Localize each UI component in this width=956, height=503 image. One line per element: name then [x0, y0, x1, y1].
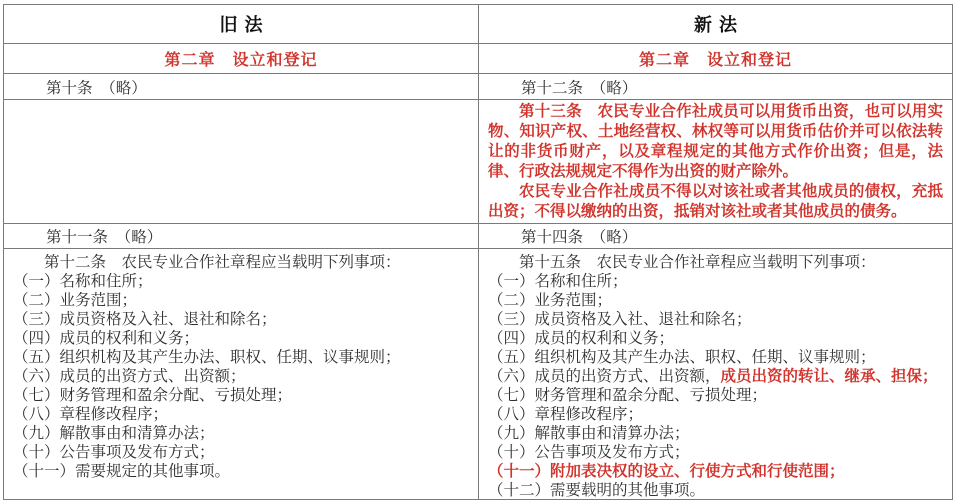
list-item: （八）章程修改程序； — [13, 405, 469, 424]
article-brief-row-2: 第十一条 （略） 第十四条 （略） — [4, 223, 952, 248]
list-item: （四）成员的权利和义务； — [13, 329, 469, 348]
text-segment: （十）公告事项及发布方式； — [488, 444, 690, 461]
text-segment: （四）成员的权利和义务； — [13, 330, 199, 347]
list-item: （七）财务管理和盈余分配、亏损处理； — [13, 386, 469, 405]
list-item: （十一）需要规定的其他事项。 — [13, 462, 469, 481]
comparison-table: 旧法 新法 第二章 设立和登记 第二章 设立和登记 第十条 （略） 第十二条 （… — [3, 4, 953, 500]
new-article-12: 第十二条 （略） — [478, 74, 952, 99]
list-item: （三）成员资格及入社、退社和除名； — [488, 310, 943, 329]
list-item: （二）业务范围； — [488, 291, 943, 310]
list-item: （十）公告事项及发布方式； — [13, 443, 469, 462]
text-segment: （八）章程修改程序； — [13, 406, 168, 423]
highlighted-text-segment: 成员出资的转让、继承、担保； — [721, 368, 938, 385]
text-segment: （一）名称和住所； — [488, 273, 628, 290]
old-empty-cell — [4, 100, 478, 223]
new-article-15-item-list: （一）名称和住所；（二）业务范围；（三）成员资格及入社、退社和除名；（四）成员的… — [488, 272, 943, 499]
list-item: （三）成员资格及入社、退社和除名； — [13, 310, 469, 329]
list-item: （一）名称和住所； — [13, 272, 469, 291]
text-segment: （二）业务范围； — [13, 292, 137, 309]
list-item: （五）组织机构及其产生办法、职权、任期、议事规则； — [13, 348, 469, 367]
list-item: （七）财务管理和盈余分配、亏损处理； — [488, 386, 943, 405]
article-13-paragraph-1: 第十三条 农民专业合作社成员可以用货币出资，也可以用实物、知识产权、土地经营权、… — [488, 102, 943, 182]
old-article-12-intro: 第十二条 农民专业合作社章程应当载明下列事项： — [13, 253, 469, 272]
new-law-chapter-heading: 第二章 设立和登记 — [478, 44, 952, 73]
text-segment: （十二）需要载明的其他事项。 — [488, 482, 705, 499]
list-item: （二）业务范围； — [13, 291, 469, 310]
new-article-15-intro: 第十五条 农民专业合作社章程应当载明下列事项： — [488, 253, 943, 272]
list-item: （九）解散事由和清算办法； — [488, 424, 943, 443]
new-article-15-charter: 第十五条 农民专业合作社章程应当载明下列事项： （一）名称和住所；（二）业务范围… — [478, 249, 952, 499]
new-law-title: 新法 — [478, 5, 952, 43]
list-item: （十）公告事项及发布方式； — [488, 443, 943, 462]
new-article-14: 第十四条 （略） — [478, 224, 952, 248]
list-item: （九）解散事由和清算办法； — [13, 424, 469, 443]
old-law-chapter-heading: 第二章 设立和登记 — [4, 44, 478, 73]
text-segment: （七）财务管理和盈余分配、亏损处理； — [13, 387, 292, 404]
text-segment: （六）成员的出资方式、出资额； — [13, 368, 246, 385]
text-segment: （三）成员资格及入社、退社和除名； — [13, 311, 277, 328]
list-item: （四）成员的权利和义务； — [488, 329, 943, 348]
list-item: （十二）需要载明的其他事项。 — [488, 481, 943, 499]
new-article-13: 第十三条 农民专业合作社成员可以用货币出资，也可以用实物、知识产权、土地经营权、… — [478, 100, 952, 223]
old-article-12-item-list: （一）名称和住所；（二）业务范围；（三）成员资格及入社、退社和除名；（四）成员的… — [13, 272, 469, 481]
list-item: （六）成员的出资方式、出资额，成员出资的转让、继承、担保； — [488, 367, 943, 386]
text-segment: （一）名称和住所； — [13, 273, 153, 290]
chapter-row: 第二章 设立和登记 第二章 设立和登记 — [4, 43, 952, 73]
text-segment: （九）解散事由和清算办法； — [488, 425, 690, 442]
text-segment: （七）财务管理和盈余分配、亏损处理； — [488, 387, 767, 404]
text-segment: （八）章程修改程序； — [488, 406, 643, 423]
text-segment: （四）成员的权利和义务； — [488, 330, 674, 347]
charter-items-row: 第十二条 农民专业合作社章程应当载明下列事项： （一）名称和住所；（二）业务范围… — [4, 248, 952, 499]
old-article-11: 第十一条 （略） — [4, 224, 478, 248]
old-law-title: 旧法 — [4, 5, 478, 43]
list-item: （六）成员的出资方式、出资额； — [13, 367, 469, 386]
title-row: 旧法 新法 — [4, 5, 952, 43]
list-item: （八）章程修改程序； — [488, 405, 943, 424]
old-article-10: 第十条 （略） — [4, 74, 478, 99]
text-segment: （九）解散事由和清算办法； — [13, 425, 215, 442]
old-article-12-charter: 第十二条 农民专业合作社章程应当载明下列事项： （一）名称和住所；（二）业务范围… — [4, 249, 478, 499]
highlighted-text-segment: （十一）附加表决权的设立、行使方式和行使范围； — [488, 463, 845, 480]
article-13-row: 第十三条 农民专业合作社成员可以用货币出资，也可以用实物、知识产权、土地经营权、… — [4, 99, 952, 223]
text-segment: （十一）需要规定的其他事项。 — [13, 463, 230, 480]
list-item: （五）组织机构及其产生办法、职权、任期、议事规则； — [488, 348, 943, 367]
law-comparison-page: 旧法 新法 第二章 设立和登记 第二章 设立和登记 第十条 （略） 第十二条 （… — [0, 0, 956, 503]
list-item: （一）名称和住所； — [488, 272, 943, 291]
text-segment: （二）业务范围； — [488, 292, 612, 309]
text-segment: （六）成员的出资方式、出资额， — [488, 368, 721, 385]
article-13-paragraph-2: 农民专业合作社成员不得以对该社或者其他成员的债权，充抵出资；不得以缴纳的出资，抵… — [488, 182, 943, 222]
text-segment: （十）公告事项及发布方式； — [13, 444, 215, 461]
text-segment: （五）组织机构及其产生办法、职权、任期、议事规则； — [488, 349, 876, 366]
article-brief-row-1: 第十条 （略） 第十二条 （略） — [4, 73, 952, 99]
list-item: （十一）附加表决权的设立、行使方式和行使范围； — [488, 462, 943, 481]
text-segment: （五）组织机构及其产生办法、职权、任期、议事规则； — [13, 349, 401, 366]
text-segment: （三）成员资格及入社、退社和除名； — [488, 311, 752, 328]
